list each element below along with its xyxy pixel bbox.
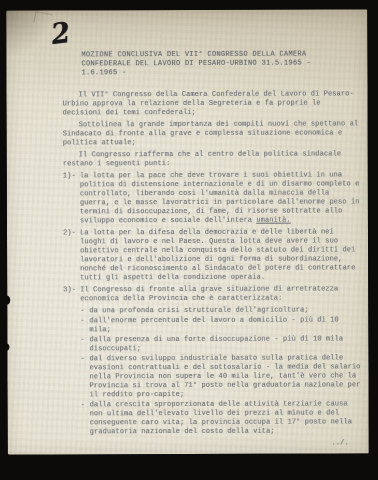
bullet-text: dal diverso sviluppo industriale basato … bbox=[89, 354, 362, 400]
bullet-text: dalla crescita sproporzionata delle atti… bbox=[90, 400, 363, 437]
item-number: 3)- bbox=[63, 286, 80, 304]
document-title: MOZIONE CONCLUSIVA DEL VII° CONGRESSO DE… bbox=[81, 50, 361, 78]
scan-frame: { "document": { "handwritten_page_number… bbox=[0, 0, 378, 480]
item-number: 2)- bbox=[63, 229, 80, 283]
document-page: 2 MOZIONE CONCLUSIVA DEL VII° CONGRESSO … bbox=[6, 9, 369, 454]
numbered-item-1: 1)- la lotta per la pace che deve trovar… bbox=[63, 171, 362, 226]
numbered-item-2: 2)- La lotta per la difesa della democra… bbox=[63, 228, 362, 283]
bullet-dash: - bbox=[80, 355, 89, 400]
bullet-list: - da una profonda crisi strutturale dell… bbox=[80, 306, 362, 437]
bullet-text: dalla presenza di una forte disoccupazio… bbox=[89, 335, 362, 354]
bullet-dash: - bbox=[80, 307, 89, 316]
item-text-main: la lotta per la pace che deve trovare i … bbox=[80, 171, 360, 225]
bullet-text: dall'enorme percentuale del lavoro a dom… bbox=[89, 316, 362, 335]
bullet-item-agriculture: - da una profonda crisi strutturale dell… bbox=[80, 306, 362, 316]
paragraph-approval: Il VII° Congresso della Camera Confedera… bbox=[63, 90, 362, 118]
paragraph-importance: Sottolinea la grande importanza dei comp… bbox=[63, 120, 362, 148]
bullet-item-unemployment: - dalla presenza di una forte disoccupaz… bbox=[80, 335, 362, 354]
item-text: Il Congresso di fronte alla grave situaz… bbox=[80, 285, 362, 304]
item-text: la lotta per la pace che deve trovare i … bbox=[80, 171, 362, 226]
bullet-item-cost-of-living: - dalla crescita sproporzionata delle at… bbox=[81, 400, 363, 437]
paragraph-reaffirm: Il Congresso riafferma che al centro del… bbox=[63, 150, 362, 169]
continuation-mark: ../. bbox=[64, 439, 363, 449]
bullet-dash: - bbox=[80, 336, 89, 354]
title-line-3: 1.6.1965 - bbox=[81, 68, 361, 78]
bullet-item-homework: - dall'enorme percentuale del lavoro a d… bbox=[80, 316, 362, 335]
bullet-dash: - bbox=[81, 401, 90, 437]
document-body: MOZIONE CONCLUSIVA DEL VII° CONGRESSO DE… bbox=[62, 50, 362, 449]
item-text-underlined: umanità. bbox=[256, 217, 290, 225]
scan-artifact bbox=[4, 344, 9, 351]
bullet-text: da una profonda crisi strutturale dell'a… bbox=[89, 306, 362, 316]
numbered-item-3: 3)- Il Congresso di fronte alla grave si… bbox=[63, 285, 362, 304]
item-number: 1)- bbox=[63, 172, 80, 226]
item-text: La lotta per la difesa della democrazia … bbox=[80, 228, 362, 283]
bullet-dash: - bbox=[80, 317, 89, 335]
handwritten-page-number: 2 bbox=[50, 19, 72, 49]
scan-artifact bbox=[4, 296, 10, 305]
bullet-item-wages: - dal diverso sviluppo industriale basat… bbox=[80, 354, 362, 400]
